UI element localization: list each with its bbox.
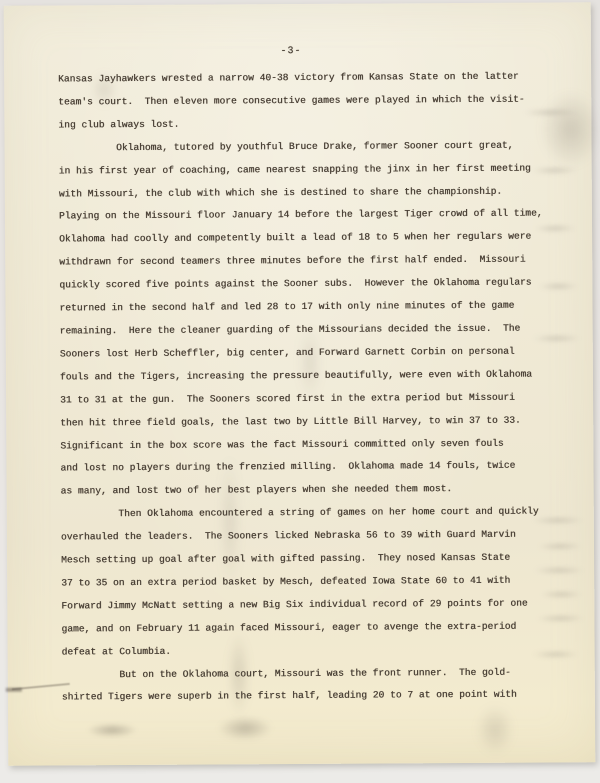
paragraph-1: Kansas Jayhawkers wrested a narrow 40-38… [58,65,558,137]
page-body: Kansas Jayhawkers wrested a narrow 40-38… [58,65,562,709]
smudge-bottom-mid [218,716,272,740]
paragraph-3: Then Oklahoma encountered a string of ga… [61,501,562,664]
edge-mark [6,688,22,692]
paragraph-2: Oklahoma, tutored by youthful Bruce Drak… [58,134,560,504]
smudge-bottom-left [88,723,136,737]
smudge-bottom-right [476,705,514,755]
paragraph-4: But on the Oklahoma court, Missouri was … [62,661,562,710]
scan-background: -3- Kansas Jayhawkers wrested a narrow 4… [0,0,600,783]
document-page: -3- Kansas Jayhawkers wrested a narrow 4… [4,2,596,766]
page-number: -3- [58,45,524,59]
